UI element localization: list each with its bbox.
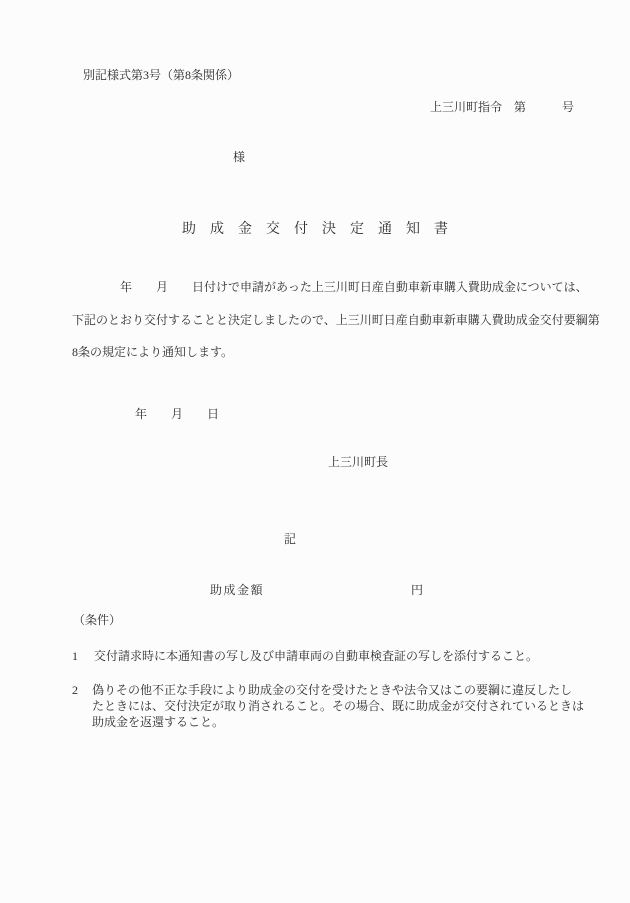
- condition-2-text-line-1: 偽りその他不正な手段により助成金の交付を受けたときや法令又はこの要綱に違反したし: [92, 683, 572, 698]
- notice-document-page: 別記様式第3号（第8条関係） 上三川町指令 第 号 様 助 成 金 交 付 決 …: [0, 0, 630, 903]
- condition-1-number: 1: [72, 649, 78, 664]
- body-paragraph-line-1: 年 月 日付けで申請があった上三川町日産自動車新車購入費助成金については、: [72, 280, 588, 295]
- grant-amount-label: 助成金額: [210, 583, 264, 598]
- sender-mayor: 上三川町長: [328, 455, 388, 470]
- condition-1-text: 交付請求時に本通知書の写し及び申請車両の自動車検査証の写しを添付すること。: [94, 649, 538, 664]
- condition-2-text-line-3: 助成金を返還すること。: [92, 715, 224, 730]
- grant-amount-unit-yen: 円: [411, 583, 423, 598]
- condition-2-text-line-2: たときには、交付決定が取り消されること。その場合、既に助成金が交付されているとき…: [92, 699, 584, 714]
- conditions-header: （条件）: [73, 613, 121, 628]
- body-paragraph-line-3: 8条の規定により通知します。: [72, 345, 233, 360]
- addressee-honorific: 様: [233, 150, 245, 165]
- record-marker: 記: [284, 532, 296, 547]
- condition-2-number: 2: [72, 683, 78, 698]
- form-number: 別記様式第3号（第8条関係）: [83, 68, 239, 83]
- body-paragraph-line-2: 下記のとおり交付することと決定しましたので、上三川町日産自動車新車購入費助成金交…: [72, 313, 600, 328]
- directive-number: 上三川町指令 第 号: [430, 100, 574, 115]
- issue-date-line: 年 月 日: [135, 407, 219, 422]
- document-title: 助 成 金 交 付 決 定 通 知 書: [182, 221, 448, 239]
